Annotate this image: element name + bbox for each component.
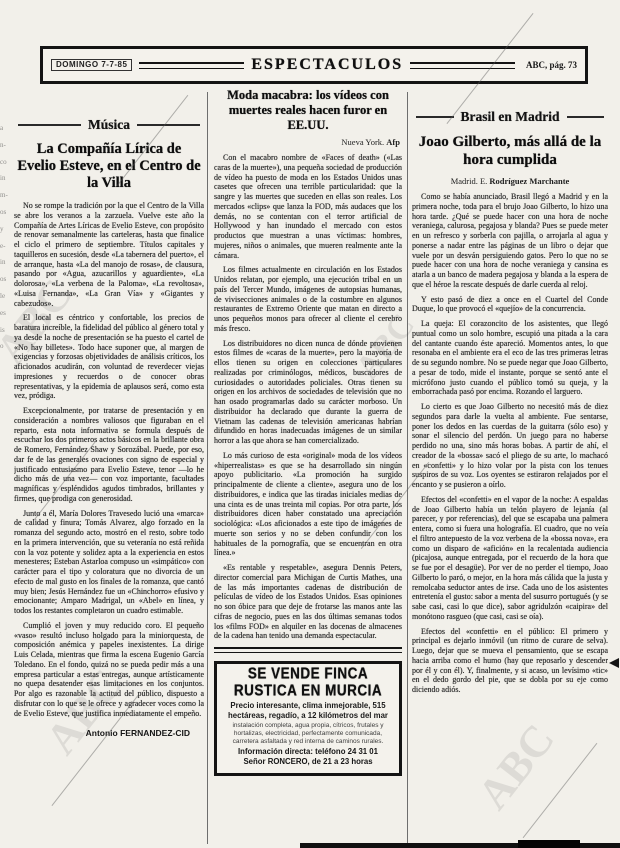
masthead-rule-left — [139, 62, 244, 69]
classified-ad-box: SE VENDE FINCA RUSTICA EN MURCIA Precio … — [214, 661, 402, 775]
gilberto-dateline: Madrid. E. Rodríguez Marchante — [414, 176, 606, 186]
article-paragraph: La queja: El corazoncito de los asistent… — [412, 319, 608, 397]
ad-contact-line: Señor RONCERO, de 21 a 23 horas — [222, 757, 394, 767]
brasil-section-header: Brasil en Madrid — [416, 110, 604, 125]
videos-dateline: Nueva York. Afp — [216, 137, 400, 147]
page-edge-bleed-text: a n- co in m- os y e- in os le es is o — [0, 120, 9, 680]
musica-section-label: Música — [88, 118, 130, 133]
dateline-city: Nueva York. — [341, 137, 386, 147]
column-videos: Moda macabra: los vídeos con muertes rea… — [214, 88, 402, 844]
ad-fine-print: instalación completa, agua propia, cítri… — [222, 722, 394, 745]
article-paragraph: Junto a él, María Dolores Travesedo luci… — [14, 509, 204, 616]
newspaper-page: DOMINGO 7-7-85 ESPECTACULOS ABC, pág. 73… — [0, 0, 620, 848]
article-paragraph: Efectos del «confetti» en el vapor de la… — [412, 495, 608, 622]
page-number: ABC, pág. 73 — [526, 61, 577, 70]
ad-phone-line: Información directa: teléfono 24 31 01 — [222, 747, 394, 757]
dash-rule — [567, 116, 605, 118]
article-paragraph: Con el macabro nombre de «Faces of death… — [214, 153, 402, 260]
byline-fernandez-cid: Antonio FERNANDEZ-CID — [14, 728, 204, 738]
section-title: ESPECTACULOS — [251, 57, 403, 73]
margin-arrow-mark — [609, 658, 619, 668]
article-paragraph: Como se había anunciado, Brasil llegó a … — [412, 192, 608, 290]
article-paragraph: Y esto pasó de diez a once en el Cuartel… — [412, 295, 608, 315]
column-divider-1 — [207, 92, 208, 844]
dash-rule — [416, 116, 454, 118]
ad-title: SE VENDE FINCA RUSTICA EN MURCIA — [222, 666, 394, 700]
gilberto-headline: Joao Gilberto, más allá de la hora cumpl… — [416, 133, 604, 169]
article-paragraph: Cumplió el joven y muy reducido coro. El… — [14, 621, 204, 719]
article-paragraph: Los filmes actualmente en circulación en… — [214, 265, 402, 333]
masthead: DOMINGO 7-7-85 ESPECTACULOS ABC, pág. 73 — [40, 46, 588, 84]
column-musica: Música La Compañía Lírica de Evelio Este… — [14, 118, 204, 830]
ad-separator-rule — [214, 647, 402, 653]
dash-rule — [137, 124, 200, 126]
date-label: DOMINGO 7-7-85 — [51, 59, 132, 72]
videos-headline: Moda macabra: los vídeos con muertes rea… — [214, 88, 402, 133]
article-paragraph: Lo cierto es que Joao Gilberto no necesi… — [412, 402, 608, 490]
musica-headline: La Compañía Lírica de Evelio Esteve, en … — [16, 141, 202, 192]
masthead-rule-right — [410, 62, 515, 69]
ad-lead-line: Precio interesante, clima inmejorable, 5… — [222, 701, 394, 720]
article-paragraph: Lo más curioso de esta «original» moda d… — [214, 451, 402, 558]
musica-section-header: Música — [18, 118, 200, 133]
article-paragraph: El local es céntrico y confortable, los … — [14, 313, 204, 401]
bottom-ink-blob — [518, 840, 580, 848]
dateline-agency: Afp — [386, 137, 400, 147]
dash-rule — [18, 124, 81, 126]
column-divider-2 — [407, 92, 408, 844]
dateline-author: Rodríguez Marchante — [489, 176, 569, 186]
column-brasil: Brasil en Madrid Joao Gilberto, más allá… — [412, 110, 608, 846]
article-paragraph: No se rompe la tradición por la que el C… — [14, 201, 204, 308]
dateline-city: Madrid. E. — [451, 176, 490, 186]
article-paragraph: Excepcionalmente, por tratarse de presen… — [14, 406, 204, 504]
article-paragraph: «Es rentable y respetable», asegura Denn… — [214, 563, 402, 641]
article-paragraph: Efectos del «confetti» en el público: El… — [412, 627, 608, 695]
article-paragraph: Los distribuidores no dicen nunca de dón… — [214, 339, 402, 446]
brasil-section-label: Brasil en Madrid — [461, 110, 560, 125]
